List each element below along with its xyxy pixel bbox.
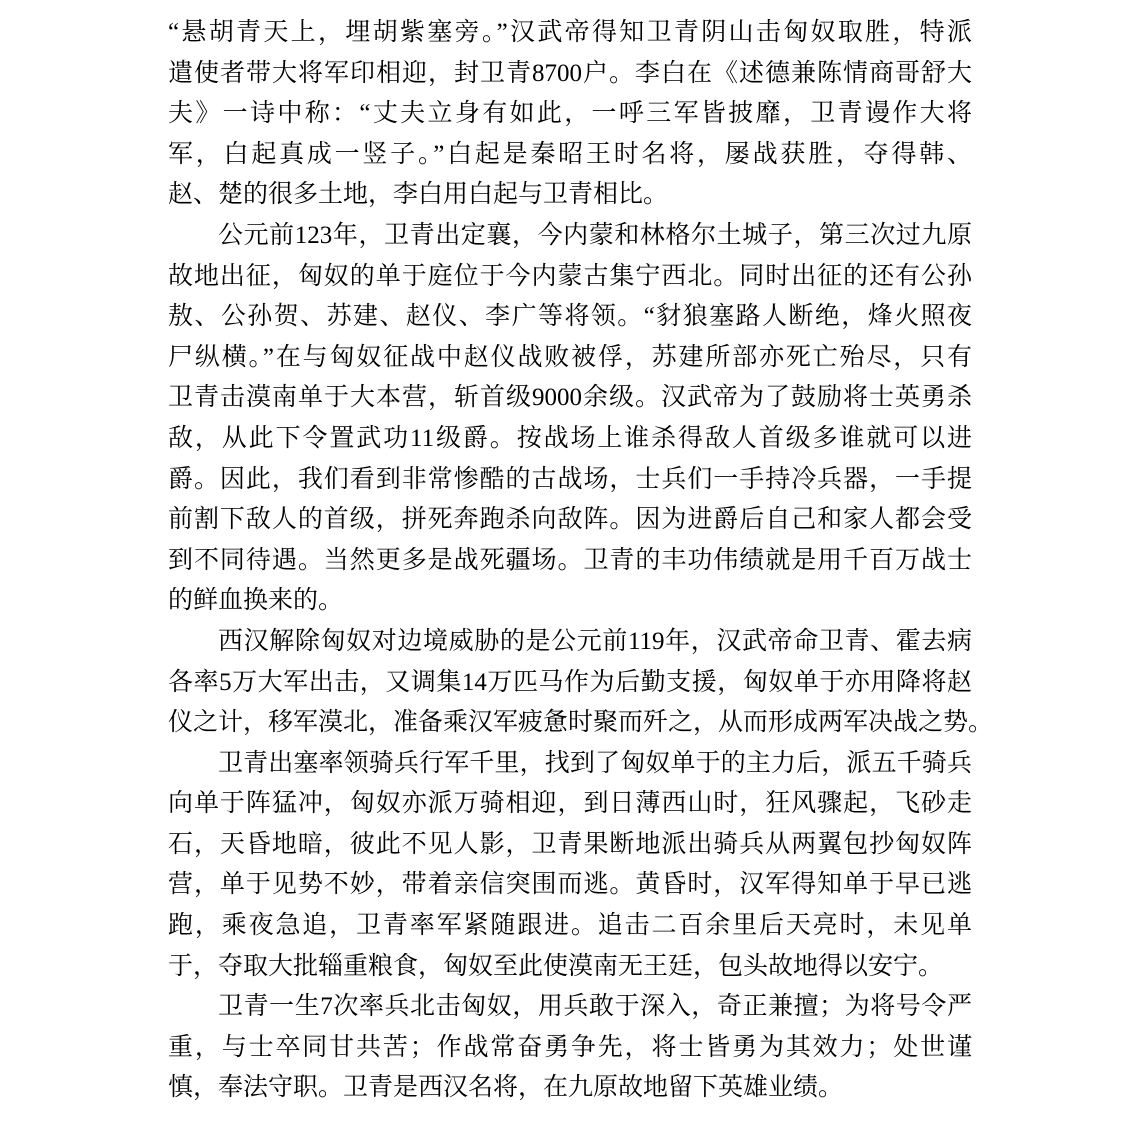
text-line: 军，白起真成一竖子。”白起是秦昭王时名将，屡战获胜，夺得韩、: [168, 135, 972, 176]
text-line: 公元前123年，卫青出定襄，今内蒙和林格尔土城子，第三次过九原: [168, 216, 972, 257]
text-line: 石，天昏地暗，彼此不见人影，卫青果断地派出骑兵从两翼包抄匈奴阵: [168, 825, 972, 866]
text-line: 到不同待遇。当然更多是战死疆场。卫青的丰功伟绩就是用千百万战士: [168, 541, 972, 582]
text-line: 重，与士卒同甘共苦；作战常奋勇争先，将士皆勇为其效力；处世谨: [168, 1028, 972, 1069]
text-line: 西汉解除匈奴对边境威胁的是公元前119年，汉武帝命卫青、霍去病: [168, 622, 972, 663]
text-line: 于，夺取大批辎重粮食，匈奴至此使漠南无王廷，包头故地得以安宁。: [168, 947, 972, 988]
text-line: 仪之计，移军漠北，准备乘汉军疲惫时聚而歼之，从而形成两军决战之势。: [168, 703, 972, 744]
text-line: 前割下敌人的首级，拼死奔跑杀向敌阵。因为进爵后自己和家人都会受: [168, 500, 972, 541]
text-line: 敖、公孙贺、苏建、赵仪、李广等将领。“豺狼塞路人断绝，烽火照夜: [168, 297, 972, 338]
paragraph: 西汉解除匈奴对边境威胁的是公元前119年，汉武帝命卫青、霍去病 各率5万大军出击…: [168, 622, 972, 744]
text-line: 卫青一生7次率兵北击匈奴，用兵敢于深入，奇正兼擅；为将号令严: [168, 987, 972, 1028]
paragraph: 卫青一生7次率兵北击匈奴，用兵敢于深入，奇正兼擅；为将号令严 重，与士卒同甘共苦…: [168, 987, 972, 1109]
text-line: 尸纵横。”在与匈奴征战中赵仪战败被俘，苏建所部亦死亡殆尽，只有: [168, 338, 972, 379]
text-line: 卫青击漠南单于大本营，斩首级9000余级。汉武帝为了鼓励将士英勇杀: [168, 378, 972, 419]
text-line: 夫》一诗中称：“丈夫立身有如此，一呼三军皆披靡，卫青谩作大将: [168, 94, 972, 135]
text-line: 遣使者带大将军印相迎，封卫青8700户。李白在《述德兼陈情商哥舒大: [168, 54, 972, 95]
text-line: 故地出征，匈奴的单于庭位于今内蒙古集宁西北。同时出征的还有公孙: [168, 257, 972, 298]
text-line: 慎，奉法守职。卫青是西汉名将，在九原故地留下英雄业绩。: [168, 1068, 972, 1109]
paragraph: 卫青出塞率领骑兵行军千里，找到了匈奴单于的主力后，派五千骑兵 向单于阵猛冲，匈奴…: [168, 744, 972, 988]
text-line: 卫青出塞率领骑兵行军千里，找到了匈奴单于的主力后，派五千骑兵: [168, 744, 972, 785]
text-line: 的鲜血换来的。: [168, 581, 972, 622]
text-line: 赵、楚的很多土地，李白用白起与卫青相比。: [168, 175, 972, 216]
paragraph: 公元前123年，卫青出定襄，今内蒙和林格尔土城子，第三次过九原 故地出征，匈奴的…: [168, 216, 972, 622]
text-line: 各率5万大军出击，又调集14万匹马作为后勤支援，匈奴单于亦用降将赵: [168, 663, 972, 704]
document-page: “悬胡青天上，埋胡紫塞旁。”汉武帝得知卫青阴山击匈奴取胜，特派 遣使者带大将军印…: [0, 0, 1128, 1136]
text-line: 向单于阵猛冲，匈奴亦派万骑相迎，到日薄西山时，狂风骤起，飞砂走: [168, 784, 972, 825]
text-line: 营，单于见势不妙，带着亲信突围而逃。黄昏时，汉军得知单于早已逃: [168, 865, 972, 906]
text-line: 跑，乘夜急追，卫青率军紧随跟进。追击二百余里后天亮时，未见单: [168, 906, 972, 947]
text-line: 爵。因此，我们看到非常惨酷的古战场，士兵们一手持冷兵器，一手提: [168, 460, 972, 501]
text-line: “悬胡青天上，埋胡紫塞旁。”汉武帝得知卫青阴山击匈奴取胜，特派: [168, 13, 972, 54]
text-block: “悬胡青天上，埋胡紫塞旁。”汉武帝得知卫青阴山击匈奴取胜，特派 遣使者带大将军印…: [168, 13, 972, 1109]
text-line: 敌，从此下令置武功11级爵。按战场上谁杀得敌人首级多谁就可以进: [168, 419, 972, 460]
paragraph: “悬胡青天上，埋胡紫塞旁。”汉武帝得知卫青阴山击匈奴取胜，特派 遣使者带大将军印…: [168, 13, 972, 216]
